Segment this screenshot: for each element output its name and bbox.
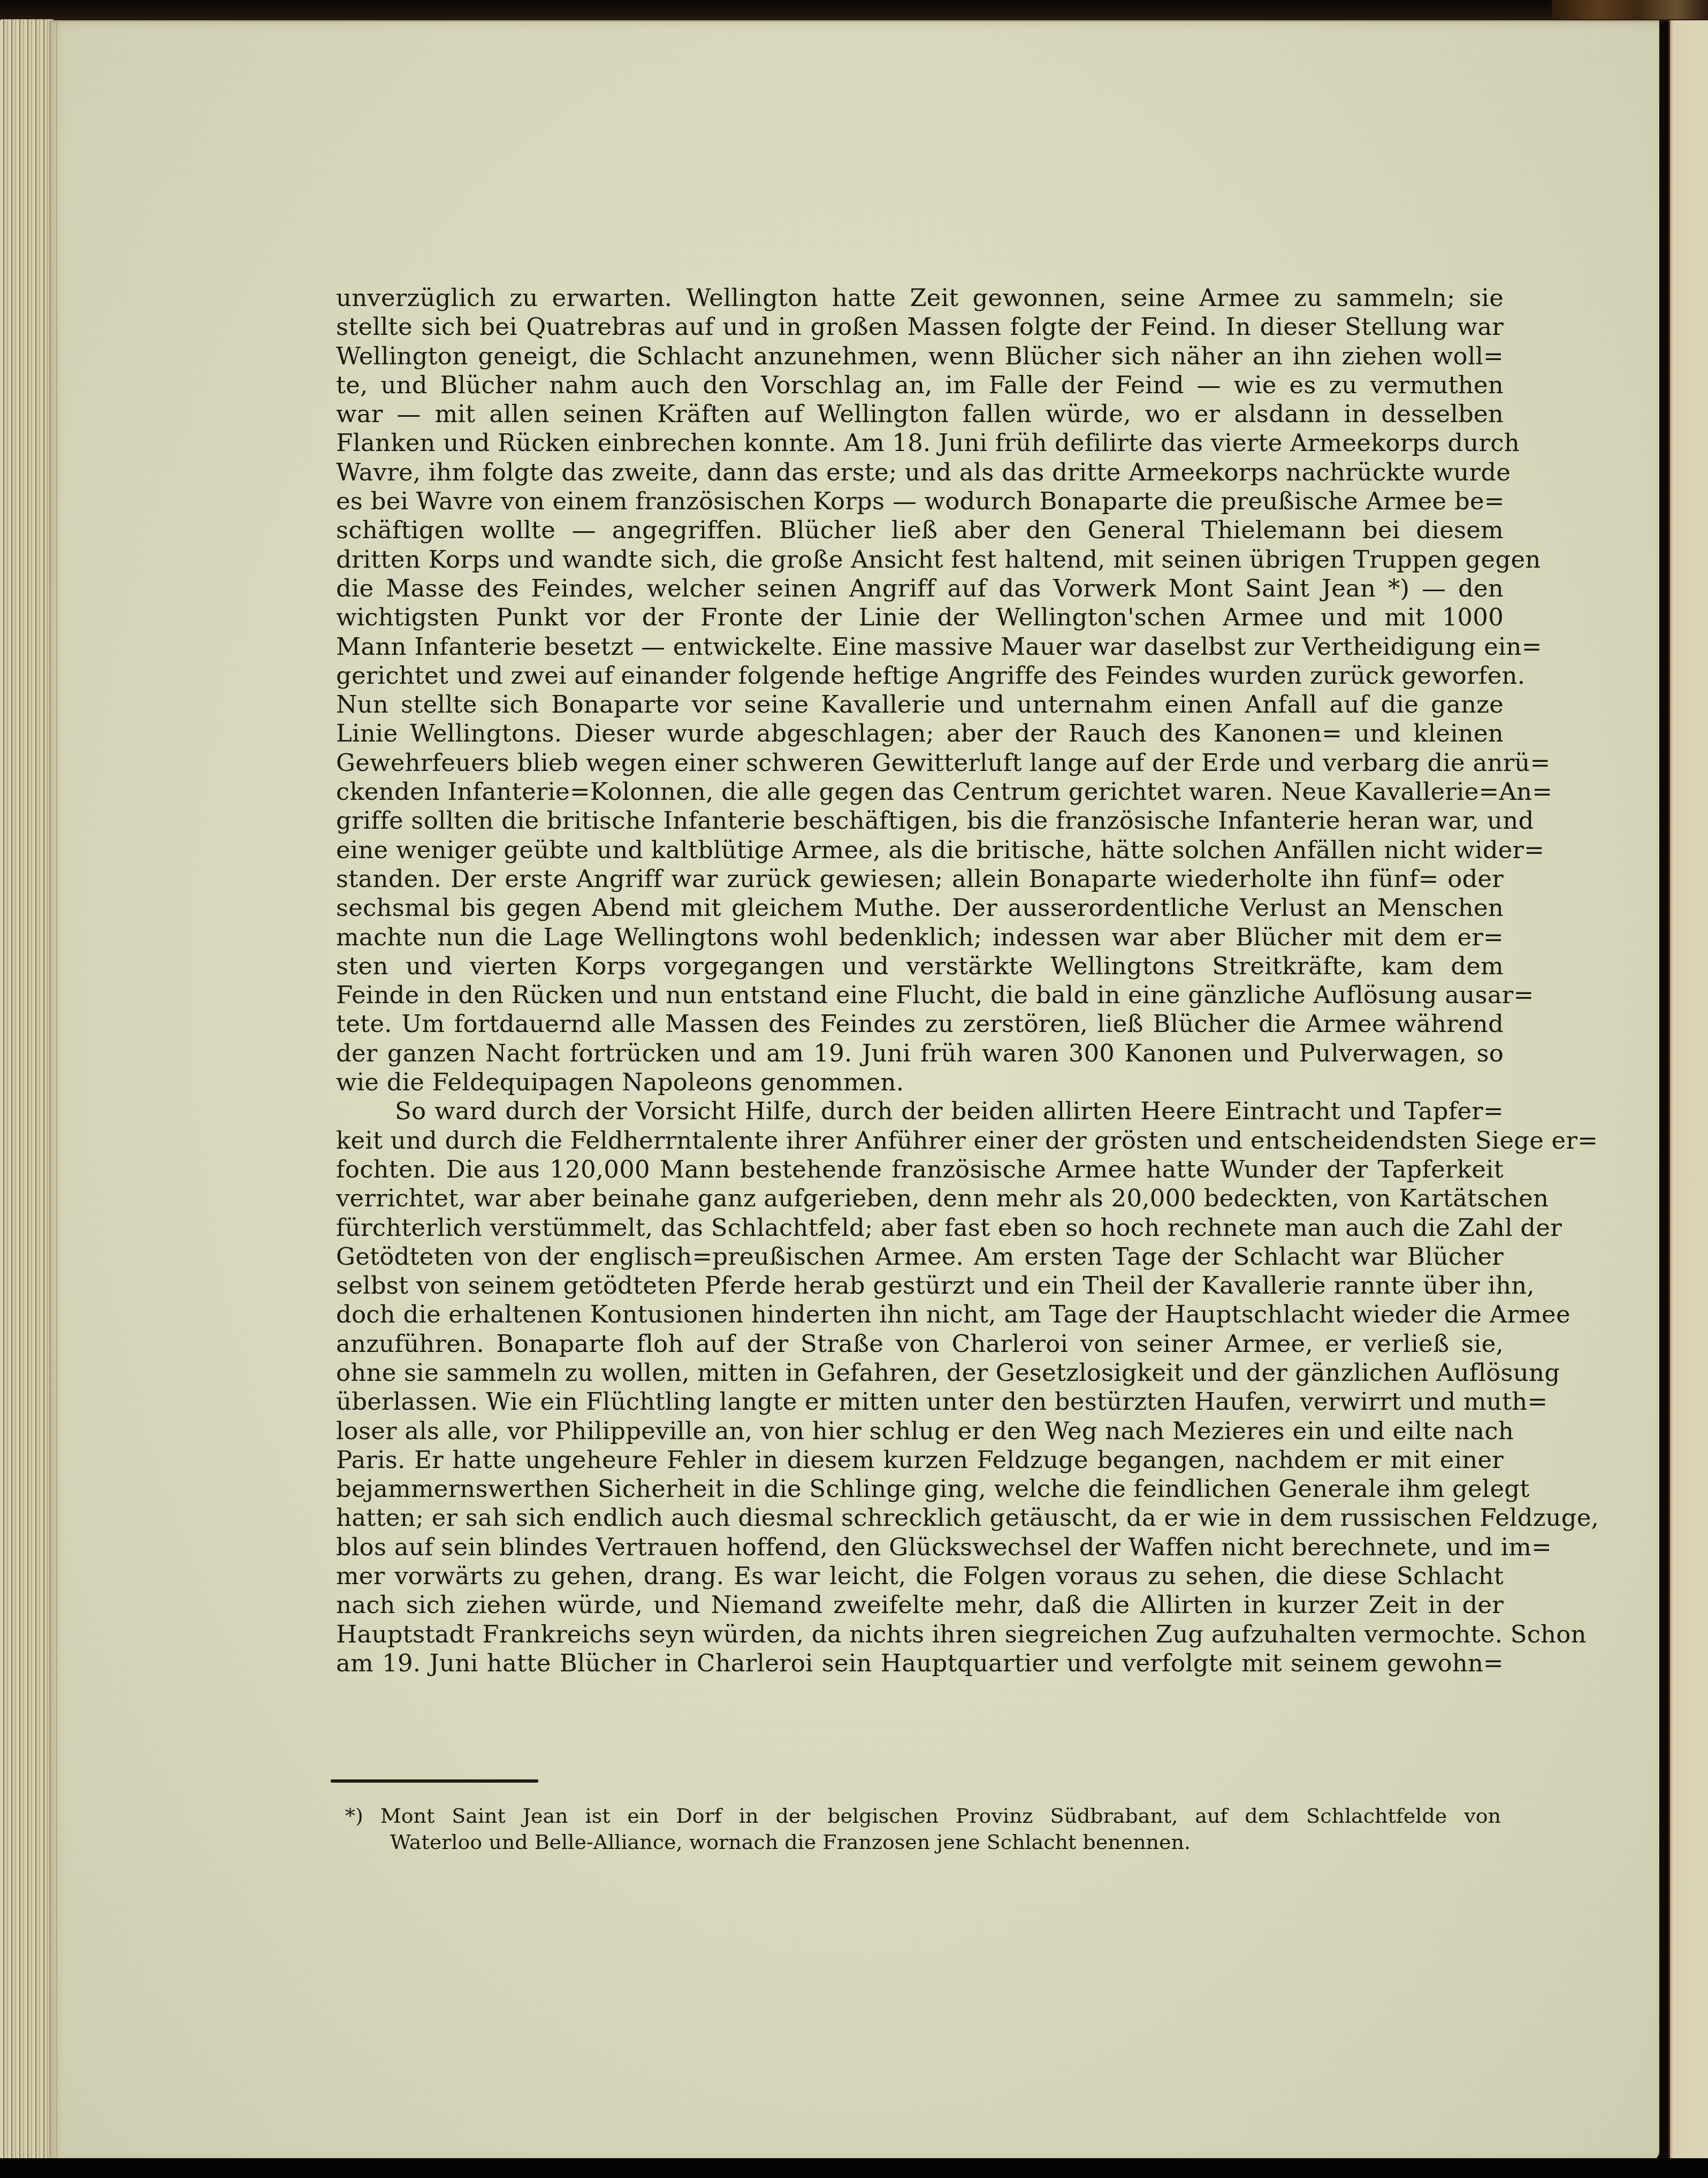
text-line: griffe sollten die britische Infanterie … <box>336 806 1504 835</box>
page-edges-stack <box>0 19 54 2159</box>
text-line: Feinde in den Rücken und nun entstand ei… <box>336 981 1504 1010</box>
text-line: sten und vierten Korps vorgegangen und v… <box>336 952 1504 981</box>
text-line: Linie Wellingtons. Dieser wurde abgeschl… <box>336 719 1504 748</box>
footnote: *) Mont Saint Jean ist ein Dorf in der b… <box>345 1803 1501 1855</box>
text-line: dritten Korps und wandte sich, die große… <box>336 545 1504 574</box>
text-line: bejammernswerthen Sicherheit in die Schl… <box>336 1474 1504 1503</box>
text-line: loser als alle, vor Philippeville an, vo… <box>336 1417 1504 1446</box>
text-line: sechsmal bis gegen Abend mit gleichem Mu… <box>336 893 1504 922</box>
text-line: tete. Um fortdauernd alle Massen des Fei… <box>336 1010 1504 1038</box>
text-line: standen. Der erste Angriff war zurück ge… <box>336 865 1504 893</box>
text-line: war — mit allen seinen Kräften auf Welli… <box>336 400 1504 429</box>
footnote-line: Waterloo und Belle-Alliance, wornach die… <box>345 1829 1501 1855</box>
text-line: stellte sich bei Quatrebras auf und in g… <box>336 312 1504 341</box>
text-line: Hauptstadt Frankreichs seyn würden, da n… <box>336 1620 1504 1649</box>
text-line: am 19. Juni hatte Blücher in Charleroi s… <box>336 1649 1504 1678</box>
paragraph-start-line: So ward durch der Vorsicht Hilfe, durch … <box>336 1097 1504 1126</box>
text-line: die Masse des Feindes, welcher seinen An… <box>336 574 1504 603</box>
text-line: Nun stellte sich Bonaparte vor seine Kav… <box>336 690 1504 719</box>
text-line: wichtigsten Punkt vor der Fronte der Lin… <box>336 603 1504 632</box>
footnote-separator-rule <box>331 1779 538 1783</box>
text-line: unverzüglich zu erwarten. Wellington hat… <box>336 284 1504 312</box>
text-line: mer vorwärts zu gehen, drang. Es war lei… <box>336 1562 1504 1591</box>
text-line: fochten. Die aus 120,000 Mann bestehende… <box>336 1155 1504 1184</box>
text-line: Wellington geneigt, die Schlacht anzuneh… <box>336 342 1504 371</box>
text-line: der ganzen Nacht fortrücken und am 19. J… <box>336 1039 1504 1068</box>
page-gutter-line <box>51 22 57 2161</box>
text-line: Gewehrfeuers blieb wegen einer schweren … <box>336 748 1504 777</box>
text-line: Flanken und Rücken einbrechen konnte. Am… <box>336 429 1504 457</box>
text-line: nach sich ziehen würde, und Niemand zwei… <box>336 1591 1504 1619</box>
text-line: Wavre, ihm folgte das zweite, dann das e… <box>336 458 1504 487</box>
text-line: ohne sie sammeln zu wollen, mitten in Ge… <box>336 1358 1504 1387</box>
text-line: hatten; er sah sich endlich auch diesmal… <box>336 1503 1504 1532</box>
text-line: schäftigen wollte — angegriffen. Blücher… <box>336 516 1504 545</box>
scanned-book-page: unverzüglich zu erwarten. Wellington hat… <box>0 0 1708 2178</box>
text-line: doch die erhaltenen Kontusionen hinderte… <box>336 1300 1504 1329</box>
paragraph-end-line: wie die Feldequipagen Napoleons genommen… <box>336 1068 1504 1097</box>
text-line: anzuführen. Bonaparte floh auf der Straß… <box>336 1329 1504 1358</box>
text-line: überlassen. Wie ein Flüchtling langte er… <box>336 1387 1504 1416</box>
text-line: ckenden Infanterie=Kolonnen, die alle ge… <box>336 777 1504 806</box>
body-text: unverzüglich zu erwarten. Wellington hat… <box>336 284 1504 1678</box>
text-line: fürchterlich verstümmelt, das Schlachtfe… <box>336 1213 1504 1242</box>
text-line: verrichtet, war aber beinahe ganz aufger… <box>336 1184 1504 1213</box>
footnote-line: *) Mont Saint Jean ist ein Dorf in der b… <box>345 1803 1501 1829</box>
text-line: eine weniger geübte und kaltblütige Arme… <box>336 836 1504 865</box>
text-line: gerichtet und zwei auf einander folgende… <box>336 661 1504 690</box>
text-line: selbst von seinem getödteten Pferde hera… <box>336 1271 1504 1300</box>
next-page-edge <box>1668 20 1708 2159</box>
text-line: te, und Blücher nahm auch den Vorschlag … <box>336 371 1504 400</box>
text-line: blos auf sein blindes Vertrauen hoffend,… <box>336 1533 1504 1562</box>
text-line: es bei Wavre von einem französischen Kor… <box>336 487 1504 516</box>
text-line: keit und durch die Feldherrntalente ihre… <box>336 1126 1504 1155</box>
text-line: Paris. Er hatte ungeheure Fehler in dies… <box>336 1446 1504 1474</box>
text-line: machte nun die Lage Wellingtons wohl bed… <box>336 923 1504 952</box>
text-line: Mann Infanterie besetzt — entwickelte. E… <box>336 632 1504 661</box>
book-cover-bottom-edge <box>0 2158 1708 2178</box>
book-cover-top-edge <box>0 0 1708 21</box>
book-cover-corner <box>1552 0 1708 19</box>
text-line: Getödteten von der englisch=preußischen … <box>336 1242 1504 1271</box>
